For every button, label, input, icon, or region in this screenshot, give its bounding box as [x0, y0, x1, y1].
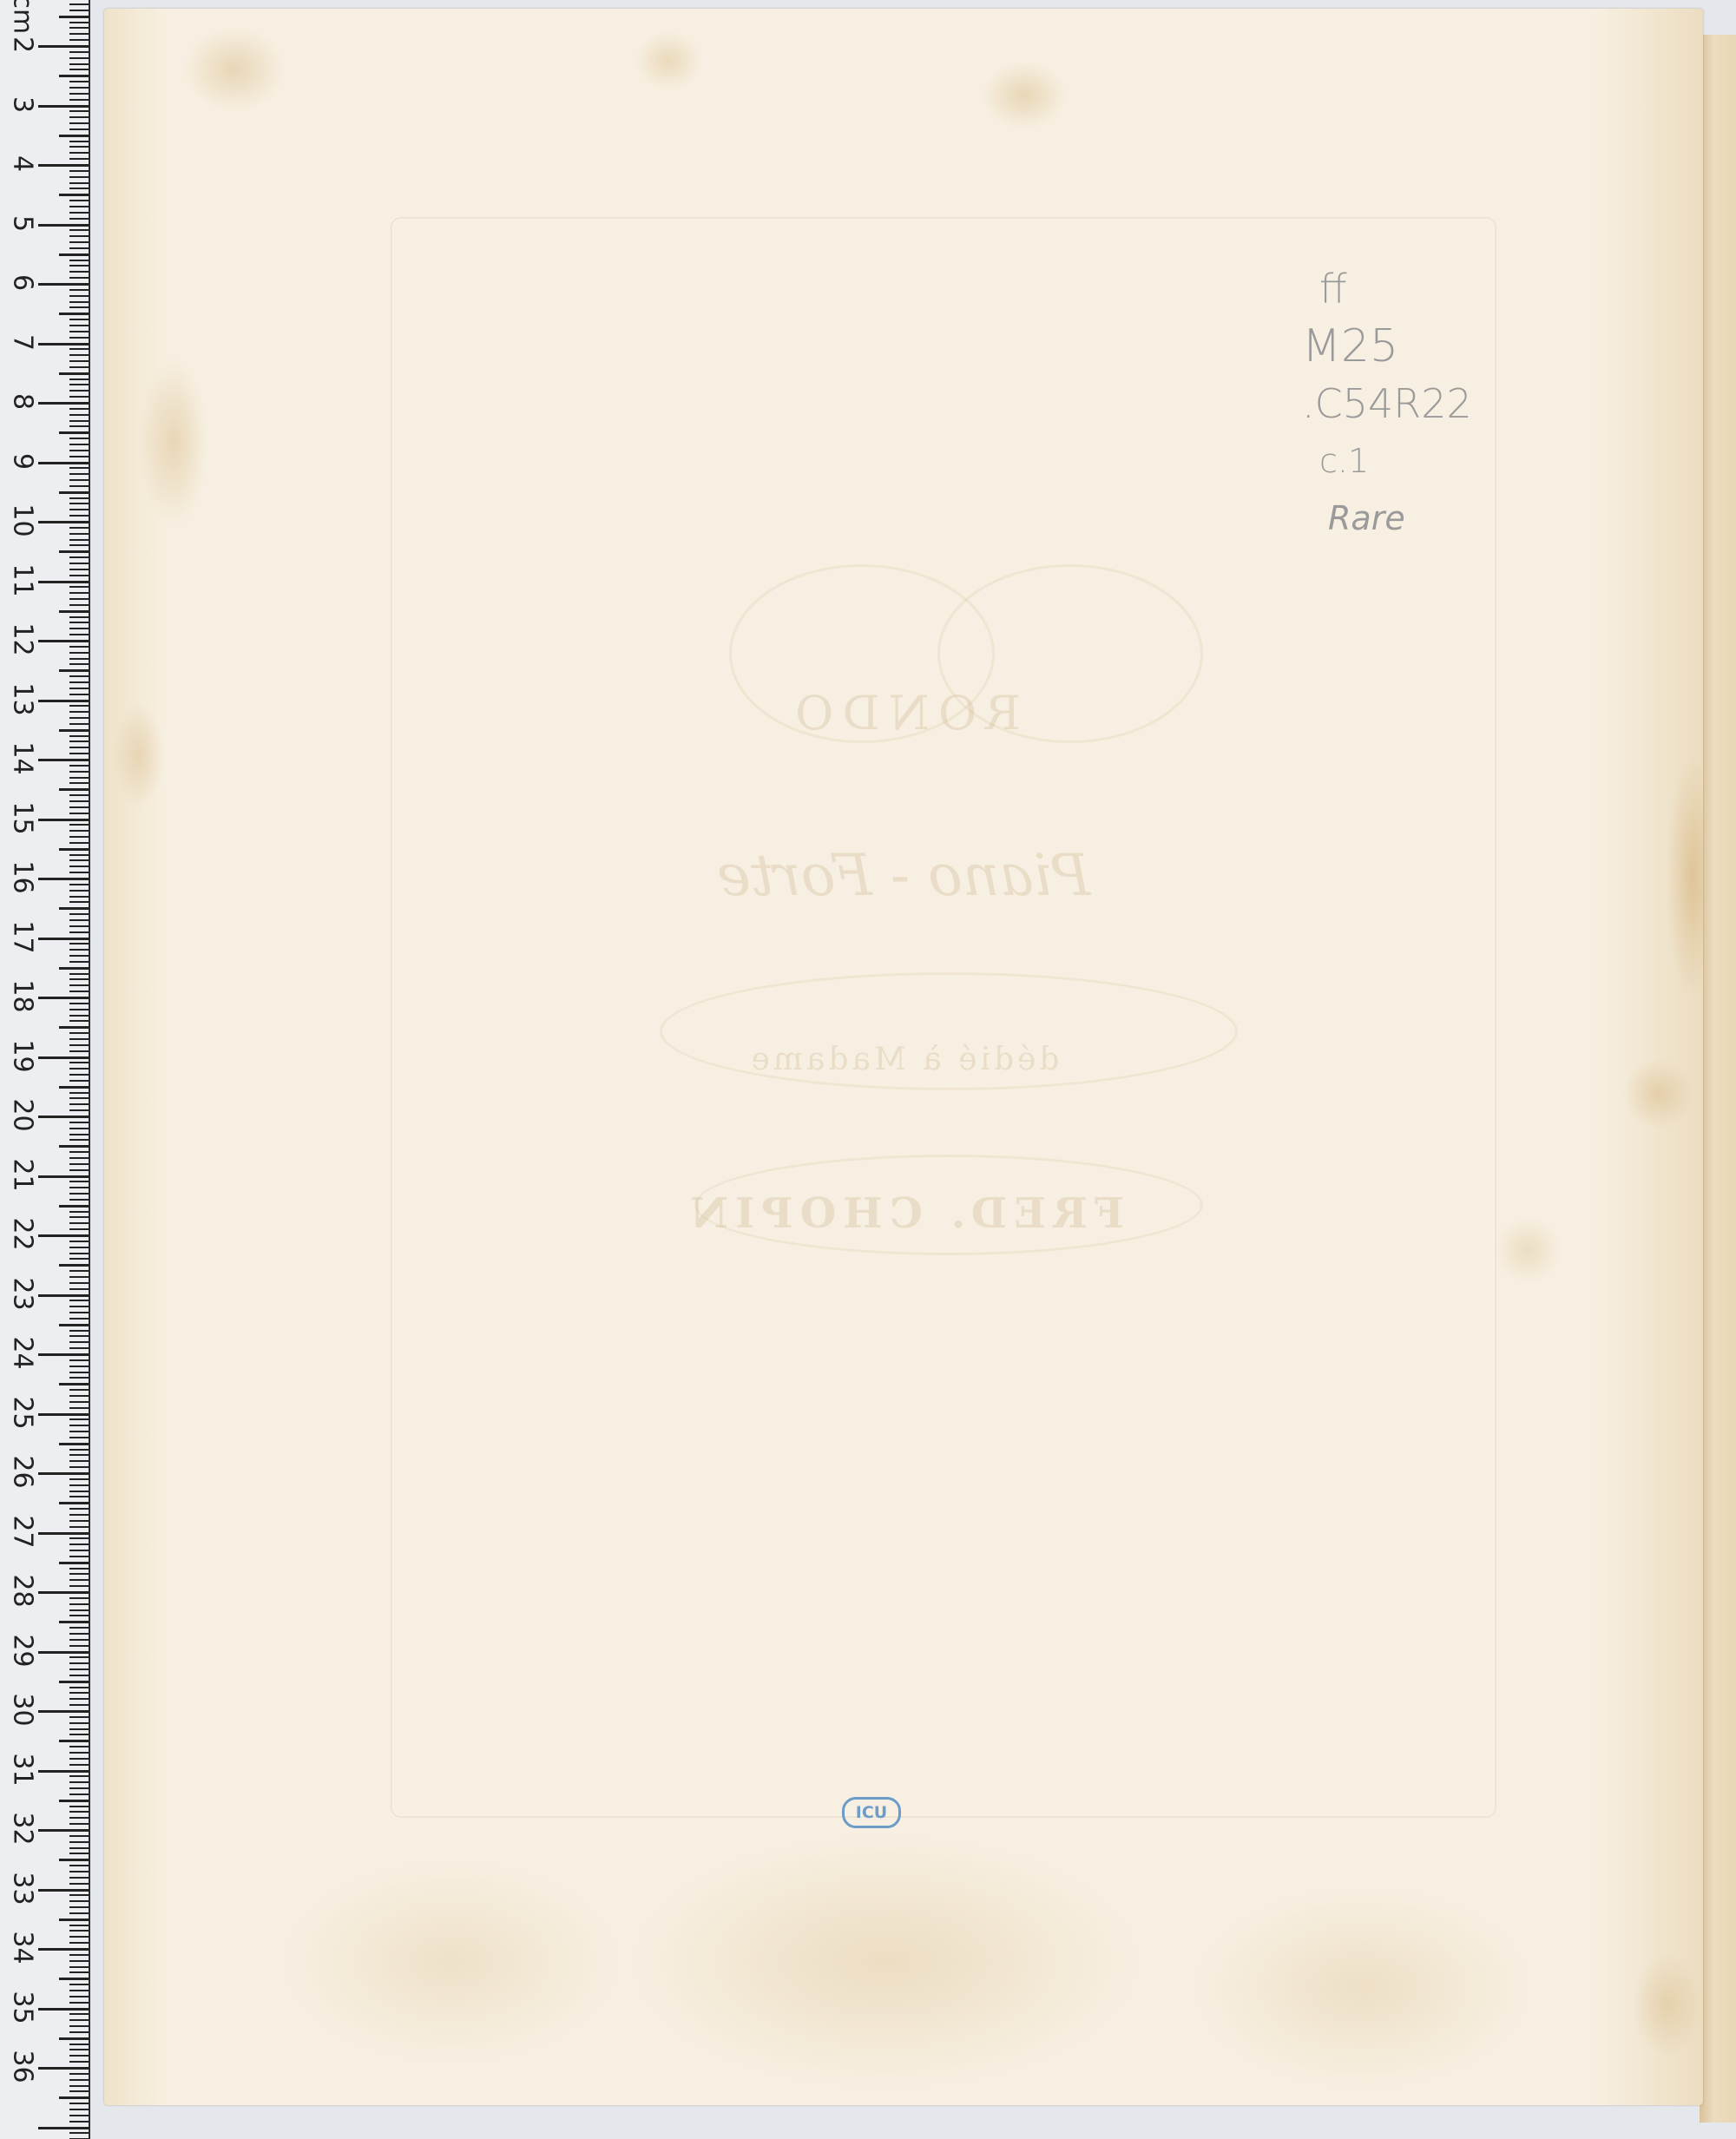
pencil-note: c.1: [1319, 432, 1472, 490]
ruler-tick: [38, 2127, 89, 2129]
ruler-tick: [69, 2090, 89, 2092]
ruler-tick: [69, 51, 89, 53]
ruler-tick: [69, 128, 89, 130]
ruler-cm-label: 35: [8, 1990, 38, 2024]
ruler-tick: [69, 1716, 89, 1718]
ruler-tick: [69, 1603, 89, 1605]
ruler-tick: [69, 1366, 89, 1367]
ruler-tick: [69, 1015, 89, 1017]
ruler-tick: [69, 289, 89, 291]
ruler-tick: [38, 1532, 89, 1535]
ruler-tick: [69, 1134, 89, 1135]
ruler-tick: [38, 759, 89, 761]
ruler-cm-label: 33: [8, 1871, 38, 1905]
ruler-tick: [69, 2115, 89, 2116]
ruler-tick: [69, 152, 89, 154]
ruler-tick: [69, 1092, 89, 1094]
ruler-tick: [69, 1662, 89, 1664]
ruler-tick: [69, 110, 89, 112]
ruler-tick: [69, 604, 89, 606]
ruler-tick: [69, 890, 89, 892]
ruler-tick: [69, 384, 89, 385]
ruler-tick: [69, 575, 89, 576]
pencil-note: .C54R22: [1302, 375, 1472, 432]
ruler-tick: [69, 1990, 89, 1991]
ruler-tick: [59, 1740, 89, 1742]
ruler-cm-label: 17: [8, 919, 38, 954]
ruler-tick: [69, 2073, 89, 2075]
ruler-tick: [69, 467, 89, 469]
ruler-cm-label: 3: [8, 87, 38, 122]
ruler-tick: [69, 247, 89, 249]
ruler-tick: [59, 1205, 89, 1208]
ruler-tick: [69, 663, 89, 665]
pencil-note: M25: [1302, 318, 1472, 375]
ruler-tick: [69, 991, 89, 992]
ruler-tick: [69, 456, 89, 457]
ruler-tick: [69, 497, 89, 499]
ruler-tick: [69, 1514, 89, 1516]
ruler-tick: [69, 1496, 89, 1497]
ruler-tick: [69, 1573, 89, 1575]
ruler-tick: [59, 1562, 89, 1564]
ruler-tick: [69, 1639, 89, 1641]
ruler-tick: [69, 1543, 89, 1545]
ruler-cm-label: 28: [8, 1574, 38, 1609]
ruler-tick: [69, 884, 89, 885]
ruler-tick: [69, 206, 89, 207]
ruler-tick: [69, 586, 89, 588]
ruler-tick: [69, 1746, 89, 1747]
ruler-tick: [69, 2019, 89, 2021]
ruler-tick: [38, 1829, 89, 1832]
ruler-cm-label: 36: [8, 2050, 38, 2084]
ruler-tick: [69, 824, 89, 826]
ruler-tick: [59, 194, 89, 196]
ruler-tick: [69, 1253, 89, 1254]
ruler-tick: [69, 1728, 89, 1730]
ruler-tick: [69, 93, 89, 95]
ruler-tick: [59, 75, 89, 77]
ruler-tick: [69, 717, 89, 719]
ruler-tick: [69, 485, 89, 487]
ruler-tick: [69, 479, 89, 481]
ruler-tick: [69, 1537, 89, 1539]
ruler-cm-label: 31: [8, 1752, 38, 1787]
ruler-tick: [59, 491, 89, 494]
ruler-tick: [69, 1568, 89, 1570]
ruler-tick: [69, 1675, 89, 1676]
ruler-tick: [69, 1841, 89, 1843]
ruler-tick: [69, 2132, 89, 2134]
ruler-tick: [69, 842, 89, 844]
ruler-tick: [69, 943, 89, 944]
ruler-tick: [69, 765, 89, 767]
ruler-tick: [69, 1692, 89, 1694]
ruler-tick: [69, 1758, 89, 1760]
ruler-tick: [69, 753, 89, 754]
ruler-tick: [69, 63, 89, 65]
ruler-cm-label: 24: [8, 1336, 38, 1371]
ruler-tick: [69, 1020, 89, 1022]
ruler-tick: [69, 444, 89, 445]
ruler-tick: [69, 396, 89, 398]
ruler-tick: [38, 878, 89, 880]
ruler-tick: [59, 16, 89, 18]
ruler-tick: [59, 729, 89, 732]
ruler-tick: [69, 1847, 89, 1849]
bleed-composer: FRED. CHOPIN: [104, 1189, 1703, 1238]
ruler-tick: [69, 1793, 89, 1795]
ruler-tick: [69, 1460, 89, 1462]
ruler-tick: [69, 1633, 89, 1635]
ruler-tick: [69, 931, 89, 933]
ruler-tick: [69, 99, 89, 101]
ruler-tick: [69, 1478, 89, 1480]
library-stamp: ICU: [842, 1797, 901, 1828]
ruler-tick: [69, 949, 89, 951]
ruler-tick: [69, 1193, 89, 1195]
ruler-tick: [69, 1359, 89, 1361]
ruler-tick: [69, 229, 89, 231]
ruler-cm-label: 19: [8, 1038, 38, 1073]
ruler-tick: [69, 836, 89, 838]
ruler-tick: [69, 1050, 89, 1052]
ruler-tick: [69, 146, 89, 148]
ruler-tick: [69, 1401, 89, 1403]
ruler-tick: [69, 973, 89, 975]
ruler-tick: [69, 1906, 89, 1908]
ruler-tick: [69, 1306, 89, 1307]
ruler-tick: [69, 919, 89, 921]
ruler-cm-label: 11: [8, 563, 38, 597]
ruler-cm-label: 12: [8, 622, 38, 657]
ruler-tick: [69, 592, 89, 594]
ruler-tick: [69, 1431, 89, 1432]
ruler-tick: [69, 331, 89, 332]
ruler-tick: [69, 158, 89, 160]
ruler-cm-label: 25: [8, 1395, 38, 1430]
ruler-cm-label: 26: [8, 1455, 38, 1490]
ruler-tick: [69, 1228, 89, 1230]
ruler-tick: [59, 1026, 89, 1029]
ruler-tick: [69, 1871, 89, 1872]
ruler-tick: [69, 978, 89, 980]
ruler-tick: [38, 1472, 89, 1475]
ruler-tick: [69, 1615, 89, 1616]
ruler-tick: [38, 640, 89, 642]
ruler-tick: [69, 1668, 89, 1670]
ruler-tick: [69, 1550, 89, 1551]
ruler-tick: [69, 1996, 89, 1997]
ruler-tick: [69, 1241, 89, 1242]
ruler-tick: [69, 1044, 89, 1046]
ruler-tick: [38, 45, 89, 48]
ruler-tick: [69, 1627, 89, 1629]
ruler-tick: [69, 1347, 89, 1349]
ruler-tick: [38, 1413, 89, 1416]
ruler-unit-label: cm: [8, 0, 38, 30]
ruler-tick: [69, 622, 89, 623]
ruler-tick: [69, 87, 89, 89]
ruler-tick: [69, 2085, 89, 2087]
ruler-cm-label: 15: [8, 800, 38, 835]
ruler-tick: [59, 669, 89, 672]
ruler-tick: [69, 1330, 89, 1332]
ruler-tick: [69, 450, 89, 451]
ruler-tick: [38, 283, 89, 286]
ruler-tick: [69, 1752, 89, 1754]
ruler-tick: [69, 22, 89, 23]
ruler-tick: [69, 420, 89, 422]
ruler-tick: [69, 200, 89, 201]
ruler-tick: [69, 509, 89, 510]
second-leaf-edge: [1700, 35, 1736, 2123]
ruler-tick: [69, 1966, 89, 1968]
ruler-tick: [69, 69, 89, 70]
ruler-tick: [69, 681, 89, 683]
ruler-tick: [69, 813, 89, 814]
ruler-tick: [59, 907, 89, 910]
ruler-tick: [69, 306, 89, 308]
ruler-tick: [69, 260, 89, 261]
ruler-cm-label: 20: [8, 1098, 38, 1133]
ruler-tick: [69, 1698, 89, 1700]
ruler-tick: [59, 1383, 89, 1385]
ruler-tick: [69, 408, 89, 410]
ruler-tick: [69, 652, 89, 654]
ruler-tick: [69, 2061, 89, 2063]
ruler-tick: [59, 1681, 89, 1683]
ruler-tick: [38, 1116, 89, 1118]
ruler-tick: [59, 372, 89, 375]
ruler-tick: [69, 1883, 89, 1885]
ruler-tick: [69, 1491, 89, 1492]
ruler-tick: [69, 2055, 89, 2057]
ruler-tick: [69, 2044, 89, 2045]
ruler-tick: [69, 1645, 89, 1647]
ruler-tick: [69, 1484, 89, 1486]
ruler-tick: [69, 694, 89, 695]
ruler-tick: [69, 390, 89, 392]
ruler-tick: [69, 1389, 89, 1391]
ruler-tick: [69, 1656, 89, 1658]
ruler-tick: [69, 1407, 89, 1409]
ruler-tick: [69, 1216, 89, 1218]
ruler-tick: [69, 872, 89, 873]
ruler-tick: [69, 366, 89, 368]
ruler-tick: [69, 634, 89, 635]
ruler-tick: [69, 212, 89, 214]
ruler-tick: [59, 848, 89, 851]
ruler-tick: [69, 1187, 89, 1188]
ruler-tick: [69, 188, 89, 189]
ruler-tick: [69, 771, 89, 773]
ruler-tick: [38, 105, 89, 108]
ruler-tick: [69, 1936, 89, 1938]
ruler-tick: [69, 955, 89, 957]
ruler-tick: [38, 1710, 89, 1713]
ruler-cm-label: 29: [8, 1633, 38, 1668]
ruler-tick: [59, 253, 89, 256]
ruler-tick: [69, 57, 89, 59]
ruler-cm-label: 30: [8, 1693, 38, 1728]
ruler-tick: [69, 1318, 89, 1320]
ruler-tick: [69, 735, 89, 737]
ruler-tick: [69, 1032, 89, 1034]
ruler-tick: [69, 1276, 89, 1278]
ruler-tick: [38, 521, 89, 523]
ruler-tick: [69, 1585, 89, 1587]
ruler-tick: [69, 961, 89, 963]
ruler-tick: [69, 859, 89, 861]
ruler-cm-label: 5: [8, 206, 38, 240]
ruler-tick: [69, 2049, 89, 2050]
ruler-tick: [69, 2109, 89, 2110]
ruler-tick: [38, 1948, 89, 1951]
ruler-tick: [69, 1163, 89, 1165]
ruler-tick: [69, 1687, 89, 1688]
ruler-tick: [69, 1300, 89, 1301]
ruler-tick: [38, 1889, 89, 1892]
ruler-tick: [69, 1425, 89, 1426]
ruler-cm-label: 32: [8, 1812, 38, 1846]
ruler-tick: [59, 1443, 89, 1445]
ruler-tick: [69, 473, 89, 475]
ruler-tick: [69, 569, 89, 570]
ruler-tick: [69, 1377, 89, 1379]
measuring-ruler: cm 2345678910111213141516171819202122232…: [0, 0, 90, 2139]
ruler-tick: [69, 1312, 89, 1313]
ruler-tick: [69, 2121, 89, 2123]
ruler-tick: [38, 2008, 89, 2011]
ruler-tick: [69, 1335, 89, 1337]
ruler-tick: [59, 1086, 89, 1089]
ruler-tick: [69, 1781, 89, 1783]
ruler-tick: [59, 550, 89, 553]
ruler-tick: [69, 116, 89, 118]
ruler-tick: [69, 1894, 89, 1896]
ruler-tick: [69, 1900, 89, 1902]
ruler-cm-label: 10: [8, 503, 38, 538]
ruler-tick: [69, 1372, 89, 1373]
ruler-tick: [38, 402, 89, 405]
document-page: RONDO Piano - Forte dédié à Madame FRED.…: [104, 9, 1703, 2105]
ruler-tick: [38, 224, 89, 227]
ruler-tick: [59, 1978, 89, 1980]
ruler-tick: [69, 1009, 89, 1010]
ruler-tick: [69, 1068, 89, 1069]
ruler-tick: [69, 1787, 89, 1789]
ruler-tick: [69, 2002, 89, 2004]
ruler-tick: [59, 2037, 89, 2040]
ruler-tick: [69, 658, 89, 660]
bleed-dedication: dédié à Madame: [104, 1042, 1703, 1077]
ruler-cm-label: 23: [8, 1276, 38, 1311]
ruler-tick: [69, 675, 89, 677]
ruler-tick: [69, 830, 89, 832]
ruler-tick: [69, 1984, 89, 1985]
ruler-tick: [69, 533, 89, 535]
ruler-tick: [69, 1734, 89, 1735]
ruler-tick: [69, 1038, 89, 1040]
ruler-tick: [69, 646, 89, 648]
ruler-tick: [69, 925, 89, 927]
ruler-tick: [69, 1930, 89, 1932]
ruler-tick: [69, 295, 89, 297]
ruler-tick: [69, 425, 89, 427]
pencil-note: ff: [1319, 260, 1472, 318]
ruler-tick: [69, 1526, 89, 1528]
ruler-tick: [69, 1097, 89, 1099]
ruler-tick: [69, 1835, 89, 1837]
ruler-tick: [38, 1770, 89, 1773]
ruler-tick: [59, 1145, 89, 1148]
ruler-tick: [69, 1211, 89, 1213]
ruler-tick: [69, 1597, 89, 1599]
ruler-tick: [69, 354, 89, 356]
ruler-tick: [69, 1971, 89, 1973]
ruler-tick: [59, 1621, 89, 1623]
ruler-tick: [69, 2079, 89, 2081]
ruler-tick: [69, 723, 89, 725]
ruler-tick: [69, 301, 89, 303]
ruler-tick: [69, 1122, 89, 1123]
ruler-tick: [38, 1651, 89, 1654]
ruler-tick: [69, 1103, 89, 1105]
ruler-tick: [69, 337, 89, 339]
ruler-tick: [69, 896, 89, 898]
ruler-tick: [38, 343, 89, 346]
ruler-tick: [69, 1437, 89, 1438]
ruler-cm-label: 13: [8, 681, 38, 716]
ruler-tick: [69, 1520, 89, 1522]
ruler-tick: [69, 628, 89, 629]
ruler-tick: [38, 938, 89, 940]
ruler-tick: [38, 581, 89, 583]
ruler-cm-label: 22: [8, 1217, 38, 1252]
ruler-tick: [69, 1764, 89, 1766]
ruler-tick: [69, 1288, 89, 1290]
ruler-tick: [69, 122, 89, 124]
ruler-cm-label: 21: [8, 1157, 38, 1192]
ruler-tick: [69, 182, 89, 184]
ruler-tick: [69, 854, 89, 856]
ruler-tick: [69, 33, 89, 35]
ruler-tick: [69, 1151, 89, 1153]
ruler-tick: [38, 997, 89, 999]
ruler-tick: [69, 1341, 89, 1343]
ruler-tick: [38, 1175, 89, 1178]
ruler-tick: [69, 1282, 89, 1284]
ruler-tick: [69, 1960, 89, 1962]
ruler-tick: [59, 431, 89, 434]
ruler-tick: [69, 265, 89, 267]
ruler-tick: [69, 556, 89, 558]
ruler-tick: [69, 1258, 89, 1260]
ruler-tick: [59, 1264, 89, 1267]
ruler-tick: [69, 141, 89, 142]
ruler-tick: [69, 2103, 89, 2104]
ruler-tick: [69, 865, 89, 867]
ruler-tick: [69, 1579, 89, 1581]
ruler-tick: [69, 984, 89, 986]
ruler-tick: [69, 705, 89, 707]
ruler-tick: [69, 1199, 89, 1201]
ruler-tick: [69, 806, 89, 808]
ruler-tick: [69, 360, 89, 362]
ruler-tick: [69, 688, 89, 689]
